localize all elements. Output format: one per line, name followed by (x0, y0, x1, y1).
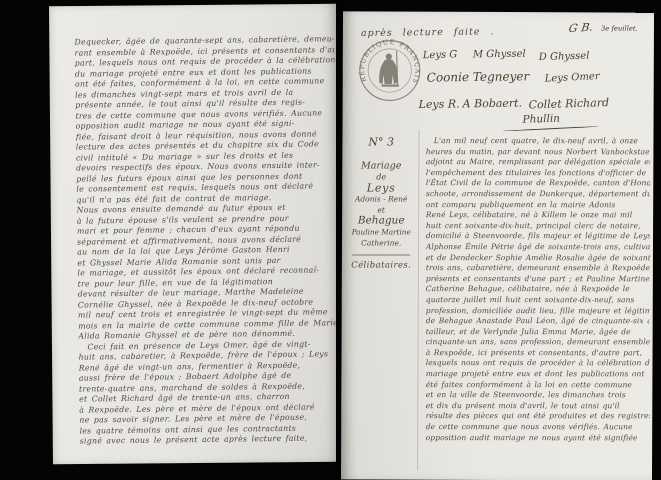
handwritten-line: huit cent soixante-dix-huit, principal c… (426, 221, 650, 232)
register-left-page: Dequecker, âgée de quarante-sept ans, ca… (49, 4, 342, 465)
handwritten-line: lesquels nous ont requis de procéder à l… (426, 359, 650, 370)
handwritten-line: et dix du présent mois d'avril, le tout … (426, 401, 650, 412)
handwritten-line: résulte des pièces qui ont été produites… (426, 412, 650, 423)
handwritten-line: adjoint au Maire, remplissant par déléga… (426, 157, 650, 168)
signature-collet-richard: Collet Richard (528, 96, 609, 111)
act-title-lines: MariagedeLeysAdonis - RenéetBehaguePauli… (348, 160, 414, 248)
register-right-page: après lecture faite . G B. 3e feuillet. … (341, 11, 654, 480)
left-page-text: Dequecker, âgée de quarante-sept ans, ca… (74, 34, 339, 447)
handwritten-line: et de Dendecker Sophie Amélie Rosalie âg… (426, 253, 650, 264)
margin-divider (352, 254, 410, 255)
act-margin-annotations: N° 3 MariagedeLeysAdonis - RenéetBehague… (348, 135, 414, 270)
handwritten-line: cinquante-un ans, sans profession, demeu… (426, 337, 650, 348)
signature-leys-omer: Leys Omer (545, 71, 600, 85)
officer-paraph: G B. (568, 21, 594, 36)
margin-line: Adonis - René (348, 193, 414, 204)
handwritten-line: été faites conformément à la loi en cett… (426, 380, 650, 391)
handwritten-line: Alphonse Émile Pétrie âgé de soixante-tr… (426, 242, 650, 253)
handwritten-line: ont comparu publiquement en la mairie Ad… (426, 200, 650, 211)
handwritten-line: et en la ville de Steenvoorde, les diman… (426, 390, 650, 401)
signature-m-ghyssel: M Ghyssel (473, 49, 526, 61)
handwritten-line: signé avec nous le présent acte après le… (80, 433, 340, 447)
marital-status-note: Célibataires. (348, 260, 414, 270)
signature-coonie-tegneyer: Coonie Tegneyer (427, 69, 530, 84)
signature-underline-flourish (503, 126, 599, 132)
handwritten-line: trois ans, cabaretière, demeurant ensemb… (426, 263, 650, 274)
handwritten-line: opposition audit mariage ne nous ayant é… (426, 433, 650, 444)
scanned-register-spread: Dequecker, âgée de quarante-sept ans, ca… (0, 0, 661, 480)
margin-line: Catherine. (348, 237, 414, 248)
handwritten-line: présents et consentants d'une part ; et … (426, 274, 650, 285)
handwritten-line: l'empêchement des titulaires les fonctio… (426, 168, 650, 179)
handwritten-line: domicilié à Steenvoorde, fils majeur et … (426, 231, 650, 242)
signature-a-bobaert: A Bobaert. (463, 97, 523, 111)
signature-leys-g: Leys G (423, 49, 458, 61)
margin-line: Behague (348, 215, 414, 226)
handwritten-line: profession, domiciliée audit lieu, fille… (426, 306, 650, 317)
handwritten-line: heures du matin, par devant nous Norbert… (426, 147, 650, 158)
marianne-figure-icon (379, 51, 399, 87)
handwritten-line: René Leys, célibataire, né à Killem le o… (426, 210, 650, 221)
act-number: N° 3 (348, 135, 414, 148)
signature-leys-r: Leys R. (419, 97, 460, 111)
sheet-number-note: 3e feuillet. (601, 24, 638, 32)
republique-francaise-stamp-icon: RÉPUBLIQUE FRANÇAISE (357, 37, 423, 103)
margin-line: Pauline Martine (348, 226, 414, 237)
handwritten-line: quatorze juillet mil huit cent soixante-… (426, 295, 650, 306)
handwritten-line: schoote, arrondissement de Dunkerque, dé… (426, 189, 650, 200)
signature-d-ghyssel: D Ghyssel (539, 51, 590, 64)
handwritten-line: l'État Civil de la commune de Rexpoëde, … (426, 178, 650, 189)
margin-line: Mariage (348, 160, 414, 171)
handwritten-line: mariage projeté entre eux et dont les pu… (426, 369, 650, 380)
handwritten-line: tailleur, et de Verlynde Julia Emma Mari… (426, 327, 650, 338)
right-page-text: L'an mil neuf cent quatre, le dix-neuf a… (426, 136, 650, 443)
signature-phullin: Phullin (522, 113, 560, 126)
handwritten-line: L'an mil neuf cent quatre, le dix-neuf a… (426, 136, 650, 147)
handwritten-line: de cette commune que nous avons vérifiés… (426, 422, 650, 433)
handwritten-line: à Rexpoëde, ici présents et consentants,… (426, 348, 650, 359)
margin-rule-line (417, 130, 419, 470)
handwritten-line: Catherine Behague, célibataire, née à Re… (426, 284, 650, 295)
margin-line: Leys (348, 182, 414, 193)
handwritten-line: de Behague Anastade Paul Léon, âgé de ci… (426, 316, 650, 327)
